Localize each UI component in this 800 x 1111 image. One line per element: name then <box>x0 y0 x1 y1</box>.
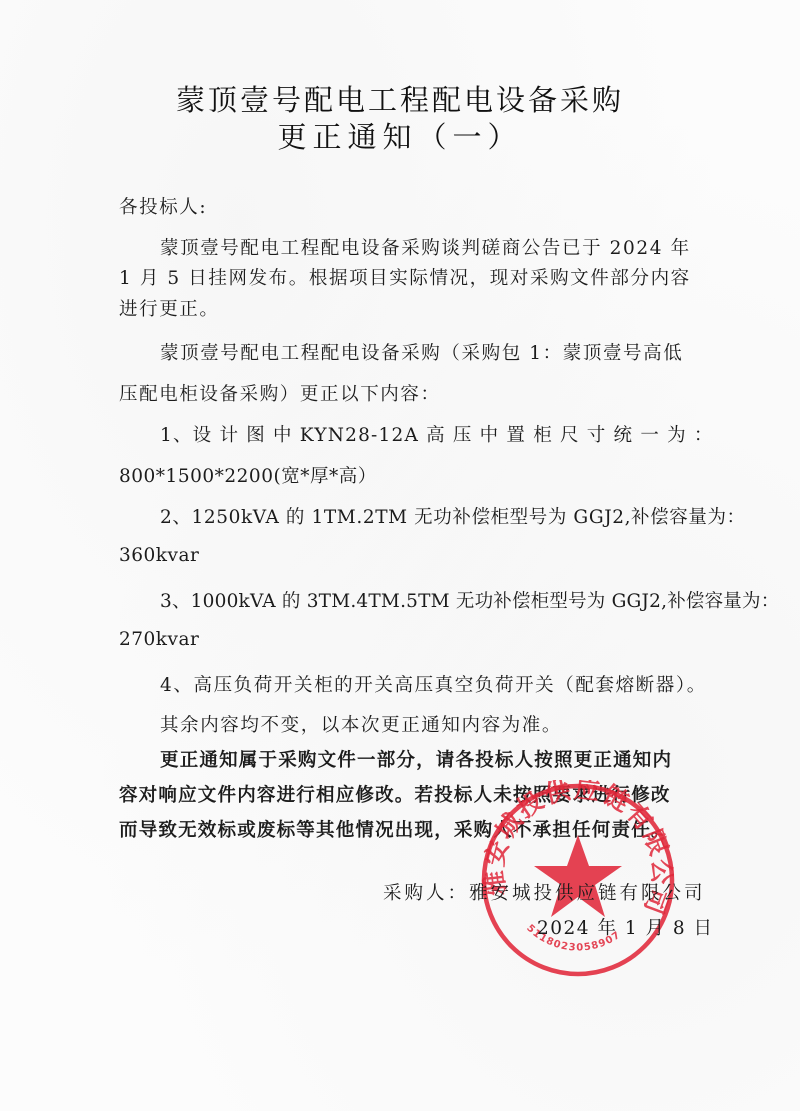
item3-line1: 3、1000kVA 的 3TM.4TM.5TM 无功补偿柜型号为 GGJ2,补偿… <box>160 587 779 613</box>
document-page: 蒙顶壹号配电工程配电设备采购 更正通知（一） 各投标人: 蒙顶壹号配电工程配电设… <box>0 0 800 1111</box>
item4-line1: 4、高压负荷开关柜的开关高压真空负荷开关（配套熔断器）。 <box>160 671 707 697</box>
signature-date: 2024 年 1 月 8 日 <box>537 914 714 940</box>
document-title: 蒙顶壹号配电工程配电设备采购 <box>0 78 800 119</box>
para4-line1: 更正通知属于采购文件一部分，请各投标人按照更正通知内 <box>160 746 672 772</box>
para1-line2: 1 月 5 日挂网发布。根据项目实际情况，现对采购文件部分内容 <box>119 264 691 290</box>
item3-line2: 270kvar <box>119 629 199 650</box>
para2-line1: 蒙顶壹号配电工程配电设备采购（采购包 1：蒙顶壹号高低 <box>160 339 683 365</box>
item1-line1: 1、设 计 图 中 KYN28-12A 高 压 中 置 柜 尺 寸 统 一 为 … <box>160 421 714 447</box>
para3: 其余内容均不变，以本次更正通知内容为准。 <box>160 711 562 737</box>
document-subtitle: 更正通知（一） <box>0 115 800 156</box>
para1-line3: 进行更正。 <box>119 295 220 321</box>
purchaser-signature: 采购人：雅安城投供应链有限公司 <box>383 879 706 905</box>
para2-line2: 压配电柜设备采购）更正以下内容： <box>119 380 441 406</box>
item2-line1: 2、1250kVA 的 1TM.2TM 无功补偿柜型号为 GGJ2,补偿容量为： <box>160 503 746 529</box>
salutation: 各投标人: <box>119 193 207 219</box>
item1-line2: 800*1500*2200(宽*厚*高） <box>119 462 377 488</box>
item2-line2: 360kvar <box>119 545 199 566</box>
para1-line1: 蒙顶壹号配电工程配电设备采购谈判磋商公告已于 2024 年 <box>160 234 691 260</box>
